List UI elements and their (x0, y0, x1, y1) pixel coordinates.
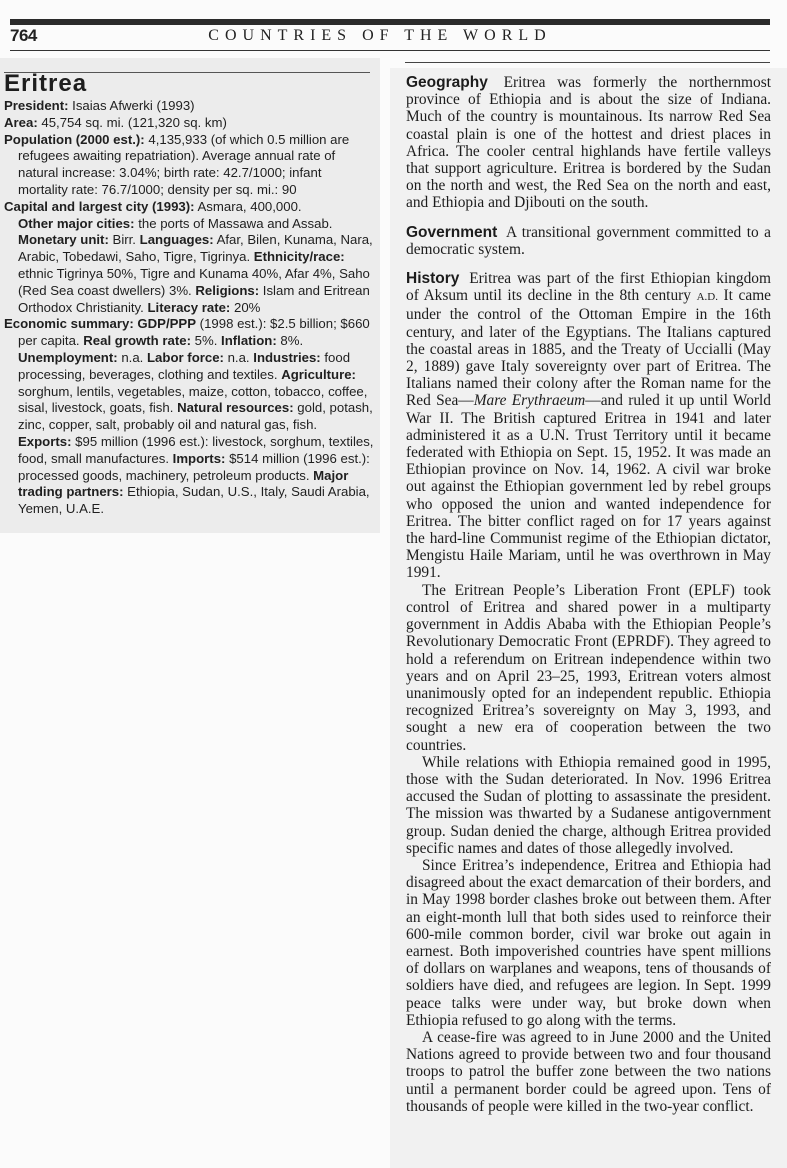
fact-group-cities-language: Other major cities: the ports of Massawa… (4, 216, 374, 317)
article-body: Geography Eritrea was formerly the north… (406, 74, 771, 1115)
header-rule (10, 50, 770, 51)
fact-list: President: Isaias Afwerki (1993) Area: 4… (4, 98, 374, 518)
fact-group-economy: Unemployment: n.a. Labor force: n.a. Ind… (4, 350, 374, 518)
fact-area: Area: 45,754 sq. mi. (121,320 sq. km) (4, 115, 374, 132)
history-paragraph-border-war: Since Eritrea’s independence, Eritrea an… (406, 857, 771, 1029)
fact-economic-summary: Economic summary: GDP/PPP (1998 est.): $… (4, 316, 374, 350)
country-fact-box: Eritrea President: Isaias Afwerki (1993)… (0, 58, 380, 533)
article-column: Geography Eritrea was formerly the north… (390, 68, 787, 1168)
running-head: COUNTRIES OF THE WORLD (120, 27, 640, 45)
top-rule (10, 19, 770, 25)
section-history: History Eritrea was part of the first Et… (406, 270, 771, 582)
history-paragraph-eplf: The Eritrean People’s Liberation Front (… (406, 582, 771, 754)
fact-population: Population (2000 est.): 4,135,933 (of wh… (4, 132, 374, 199)
page-header: 764 COUNTRIES OF THE WORLD (10, 26, 770, 48)
history-heading: History (406, 270, 459, 287)
country-title: Eritrea (4, 70, 87, 98)
history-paragraph-ceasefire: A cease-fire was agreed to in June 2000 … (406, 1029, 771, 1115)
geography-heading: Geography (406, 74, 488, 91)
section-geography: Geography Eritrea was formerly the north… (406, 74, 771, 212)
section-government: Government A transitional government com… (406, 224, 771, 258)
page-number: 764 (10, 26, 37, 46)
fact-capital: Capital and largest city (1993): Asmara,… (4, 199, 374, 216)
history-paragraph-sudan: While relations with Ethiopia remained g… (406, 754, 771, 857)
column-rule (405, 62, 770, 63)
fact-president: President: Isaias Afwerki (1993) (4, 98, 374, 115)
government-heading: Government (406, 224, 497, 241)
